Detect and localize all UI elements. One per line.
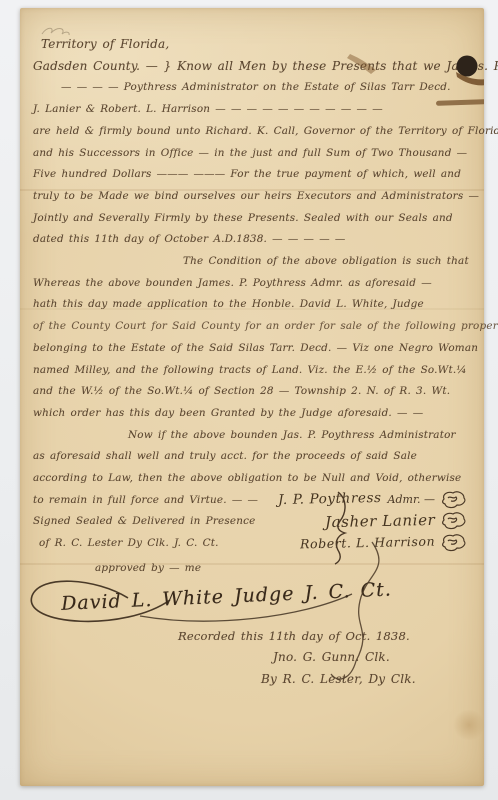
signature-lanier: Jasher Lanier (324, 511, 435, 531)
manuscript-line: Jointly and Severally Firmly by these Pr… (33, 208, 468, 230)
manuscript-line: Territory of Florida, (33, 34, 468, 56)
manuscript-line: J. Lanier & Robert. L. Harrison — — — — … (33, 99, 468, 121)
manuscript-line: which order has this day been Granted by… (33, 403, 468, 425)
manuscript-line: Whereas the above bounden James. P. Poyt… (33, 273, 468, 295)
manuscript-line: Gadsden County. — } Know all Men by thes… (33, 56, 468, 78)
manuscript-line: dated this 11th day of October A.D.1838.… (33, 229, 468, 251)
witness-line: Signed Sealed & Delivered in Presence (33, 511, 256, 533)
photograph-background: Territory of Florida, Gadsden County. — … (0, 0, 498, 800)
document-paper: Territory of Florida, Gadsden County. — … (20, 8, 484, 786)
recorded-line: Recorded this 11th day of Oct. 1838. (178, 626, 468, 648)
signature-row-harrison: of R. C. Lester Dy Clk. J. C. Ct. Robert… (33, 533, 468, 555)
signature-harrison: Robert. L. Harrison (300, 534, 436, 552)
manuscript-line: according to Law, then the above obligat… (33, 468, 468, 490)
signature-poythress: J. P. Poythress (278, 490, 382, 508)
manuscript-line: as aforesaid shall well and truly acct. … (33, 446, 468, 468)
manuscript-line: are held & firmly bound unto Richard. K.… (33, 121, 468, 143)
manuscript-line: named Milley, and the following tracts o… (33, 360, 468, 382)
recorded-line: By R. C. Lester, Dy Clk. (261, 669, 468, 691)
manuscript-line: — — — — Poythress Administrator on the E… (33, 77, 468, 99)
manuscript-line: Five hundred Dollars ——— ——— For the tru… (33, 164, 468, 186)
manuscript-line: of the County Court for Said County for … (33, 316, 468, 338)
recorded-block: Recorded this 11th day of Oct. 1838. Jno… (33, 626, 468, 691)
signature-judge-white: David L. White Judge J. C. Ct. (61, 575, 469, 615)
signature-row-poythress: to remain in full force and Virtue. — — … (33, 490, 468, 512)
manuscript-body: Territory of Florida, Gadsden County. — … (20, 8, 484, 786)
approved-line: approved by — me (33, 558, 468, 580)
manuscript-line: Now if the above bounden Jas. P. Poythre… (33, 425, 468, 447)
seal-scribble-icon (441, 511, 466, 530)
manuscript-line: hath this day made application to the Ho… (33, 294, 468, 316)
manuscript-line: and his Successors in Office — in the ju… (33, 143, 468, 165)
signature-row-lanier: Signed Sealed & Delivered in Presence Ja… (33, 511, 468, 533)
seal-scribble-icon (441, 490, 466, 509)
manuscript-line: belonging to the Estate of the Said Sila… (33, 338, 468, 360)
witness-line: of R. C. Lester Dy Clk. J. C. Ct. (33, 533, 219, 555)
manuscript-line: to remain in full force and Virtue. — — (33, 490, 258, 512)
recorded-line: Jno. G. Gunn. Clk. (273, 647, 468, 669)
seal-scribble-icon (441, 533, 466, 552)
manuscript-line: truly to be Made we bind ourselves our h… (33, 186, 468, 208)
manuscript-line: and the W.½ of the So.Wt.¼ of Section 28… (33, 381, 468, 403)
manuscript-line: The Condition of the above obligation is… (33, 251, 468, 273)
signature-poythress-suffix: Admr. — (388, 493, 435, 506)
